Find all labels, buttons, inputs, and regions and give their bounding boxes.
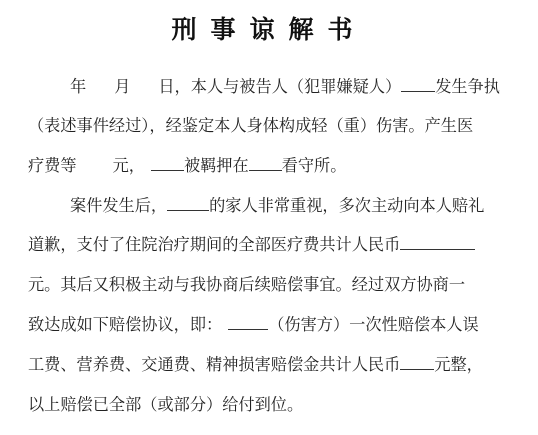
text-segment: 致达成如下赔偿协议，即： <box>28 315 222 334</box>
year-label: 年 <box>70 77 86 96</box>
text-segment: （伤害方）一次性赔偿本人误 <box>268 315 478 334</box>
blank-detention-center[interactable] <box>249 156 282 171</box>
paragraph-1-line-3: 疗费等元，被羁押在看守所。 <box>28 156 346 176</box>
text-segment: 被羁押在 <box>184 156 249 175</box>
blank-defendant-name[interactable] <box>401 77 435 92</box>
text-segment: 发生争执 <box>435 77 500 96</box>
paragraph-2-line-3: 元。其后又积极主动与我协商后续赔偿事宜。经过双方协商一 <box>28 275 465 295</box>
text-segment: 疗费等 <box>28 156 77 175</box>
paragraph-2-line-6: 以上赔偿已全部（或部分）给付到位。 <box>28 395 303 415</box>
text-segment: 工费、营养费、交通费、精神损害赔偿金共计人民币 <box>28 355 400 374</box>
paragraph-2-line-1: 案件发生后，的家人非常重视，多次主动向本人赔礼 <box>70 196 484 216</box>
blank-defendant-family[interactable] <box>167 196 209 211</box>
paragraph-2-line-4: 致达成如下赔偿协议，即：（伤害方）一次性赔偿本人误 <box>28 315 479 335</box>
text-segment: 日，本人与被告人（犯罪嫌疑人） <box>158 77 401 96</box>
blank-defendant[interactable] <box>151 156 184 171</box>
text-segment: 元， <box>113 156 145 175</box>
text-segment: 元整， <box>434 355 483 374</box>
text-segment: 元。其后又积极主动与我协商后续赔偿事宜。经过双方协商一 <box>28 275 465 294</box>
text-segment: （表述事件经过），经鉴定本人身体构成轻（重）伤害。产生医 <box>28 116 473 135</box>
text-segment: 道歉，支付了住院治疗期间的全部医疗费共计人民币 <box>28 235 400 254</box>
month-label: 月 <box>114 77 130 96</box>
blank-medical-amount[interactable] <box>400 235 475 250</box>
paragraph-2-line-2: 道歉，支付了住院治疗期间的全部医疗费共计人民币 <box>28 235 475 255</box>
text-segment: 的家人非常重视，多次主动向本人赔礼 <box>209 196 484 215</box>
text-segment: 以上赔偿已全部（或部分）给付到位。 <box>28 395 303 414</box>
text-segment: 案件发生后， <box>70 196 167 215</box>
paragraph-1-line-1: 年月日，本人与被告人（犯罪嫌疑人）发生争执 <box>70 77 500 97</box>
blank-offender-party[interactable] <box>228 315 268 330</box>
text-segment: 看守所。 <box>282 156 347 175</box>
document-title: 刑事谅解书 <box>0 10 538 46</box>
paragraph-1-line-2: （表述事件经过），经鉴定本人身体构成轻（重）伤害。产生医 <box>28 116 473 136</box>
blank-compensation-amount[interactable] <box>400 355 434 370</box>
paragraph-2-line-5: 工费、营养费、交通费、精神损害赔偿金共计人民币元整， <box>28 355 483 375</box>
